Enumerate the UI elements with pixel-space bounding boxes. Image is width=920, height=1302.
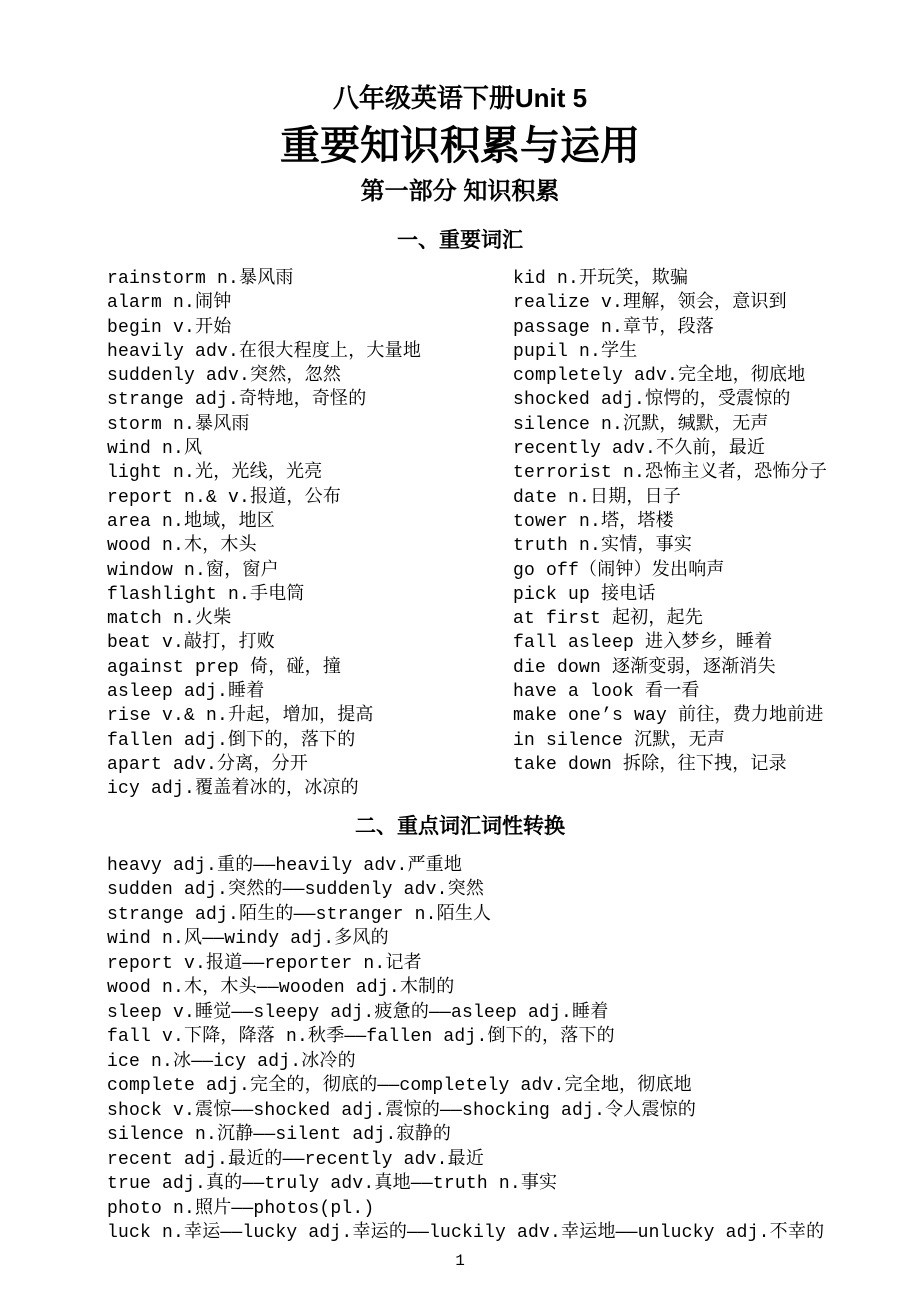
transformation-entry: shock v.震惊——shocked adj.震惊的——shocking ad… [107,1099,920,1124]
vocab-entry: begin v.开始 [107,316,513,340]
vocab-entry: pupil n.学生 [513,340,920,364]
vocab-entry: rainstorm n.暴风雨 [107,267,513,291]
vocab-entry: pick up 接电话 [513,583,920,607]
part-heading: 第一部分 知识积累 [0,178,920,206]
vocab-entry: shocked adj.惊愕的，受震惊的 [513,388,920,412]
vocab-entry: date n.日期，日子 [513,486,920,510]
vocab-entry: kid n.开玩笑，欺骗 [513,267,920,291]
vocab-entry: storm n.暴风雨 [107,413,513,437]
transformation-entry: silence n.沉静——silent adj.寂静的 [107,1123,920,1148]
vocab-entry: at first 起初，起先 [513,607,920,631]
transformation-entry: wood n.木，木头——wooden adj.木制的 [107,976,920,1001]
vocab-entry: take down 拆除，往下拽，记录 [513,753,920,777]
vocab-entry: apart adv.分离，分开 [107,753,513,777]
vocab-entry: silence n.沉默，缄默，无声 [513,413,920,437]
vocab-entry: window n.窗，窗户 [107,559,513,583]
transformation-entry: sudden adj.突然的——suddenly adv.突然 [107,878,920,903]
vocab-entry: truth n.实情，事实 [513,534,920,558]
vocab-entry: beat v.敲打，打败 [107,631,513,655]
transformation-entry: ice n.冰——icy adj.冰冷的 [107,1050,920,1075]
transformation-entry: luck n.幸运——lucky adj.幸运的——luckily adv.幸运… [107,1221,920,1246]
vocab-entry: against prep 倚，碰，撞 [107,656,513,680]
vocab-entry: heavily adv.在很大程度上，大量地 [107,340,513,364]
transformation-entry: report v.报道——reporter n.记者 [107,952,920,977]
word-transformation-list: heavy adj.重的——heavily adv.严重地sudden adj.… [0,854,920,1246]
section2-heading: 二、重点词汇词性转换 [0,814,920,840]
vocab-entry: fall asleep 进入梦乡，睡着 [513,631,920,655]
document-page: 八年级英语下册Unit 5 重要知识积累与运用 第一部分 知识积累 一、重要词汇… [0,0,920,1302]
vocab-entry: wood n.木，木头 [107,534,513,558]
transformation-entry: true adj.真的——truly adv.真地——truth n.事实 [107,1172,920,1197]
vocab-entry: report n.& v.报道，公布 [107,486,513,510]
vocab-column-left: rainstorm n.暴风雨alarm n.闹钟begin v.开始heavi… [107,267,513,802]
vocab-entry: fallen adj.倒下的，落下的 [107,729,513,753]
vocab-entry: rise v.& n.升起，增加，提高 [107,704,513,728]
vocab-entry: light n.光，光线，光亮 [107,461,513,485]
section1-heading: 一、重要词汇 [0,228,920,254]
vocab-entry: tower n.塔，塔楼 [513,510,920,534]
vocab-entry: asleep adj.睡着 [107,680,513,704]
vocab-entry: have a look 看一看 [513,680,920,704]
transformation-entry: sleep v.睡觉——sleepy adj.疲惫的——asleep adj.睡… [107,1001,920,1026]
vocab-entry: area n.地域，地区 [107,510,513,534]
vocab-entry: completely adv.完全地，彻底地 [513,364,920,388]
vocab-entry: passage n.章节，段落 [513,316,920,340]
vocab-column-right: kid n.开玩笑，欺骗realize v.理解，领会，意识到passage n… [513,267,920,802]
transformation-entry: strange adj.陌生的——stranger n.陌生人 [107,903,920,928]
vocab-entry: strange adj.奇特地，奇怪的 [107,388,513,412]
vocab-entry: flashlight n.手电筒 [107,583,513,607]
document-title-line2: 重要知识积累与运用 [0,124,920,168]
vocab-entry: go off（闹钟）发出响声 [513,559,920,583]
vocab-entry: terrorist n.恐怖主义者，恐怖分子 [513,461,920,485]
vocab-entry: recently adv.不久前，最近 [513,437,920,461]
vocab-entry: wind n.风 [107,437,513,461]
vocab-entry: in silence 沉默，无声 [513,729,920,753]
transformation-entry: recent adj.最近的——recently adv.最近 [107,1148,920,1173]
vocab-entry: alarm n.闹钟 [107,291,513,315]
transformation-entry: wind n.风——windy adj.多风的 [107,927,920,952]
vocab-entry: icy adj.覆盖着冰的，冰凉的 [107,777,513,801]
vocab-entry: make one’s way 前往，费力地前进 [513,704,920,728]
transformation-entry: fall v.下降，降落 n.秋季——fallen adj.倒下的，落下的 [107,1025,920,1050]
transformation-entry: complete adj.完全的，彻底的——completely adv.完全地… [107,1074,920,1099]
vocab-entry: realize v.理解，领会，意识到 [513,291,920,315]
document-title-line1: 八年级英语下册Unit 5 [0,84,920,112]
vocab-entry: die down 逐渐变弱，逐渐消失 [513,656,920,680]
vocab-entry: match n.火柴 [107,607,513,631]
page-number: 1 [0,1250,920,1272]
transformation-entry: heavy adj.重的——heavily adv.严重地 [107,854,920,879]
vocabulary-two-column-list: rainstorm n.暴风雨alarm n.闹钟begin v.开始heavi… [0,267,920,802]
vocab-entry: suddenly adv.突然，忽然 [107,364,513,388]
transformation-entry: photo n.照片——photos(pl.) [107,1197,920,1222]
